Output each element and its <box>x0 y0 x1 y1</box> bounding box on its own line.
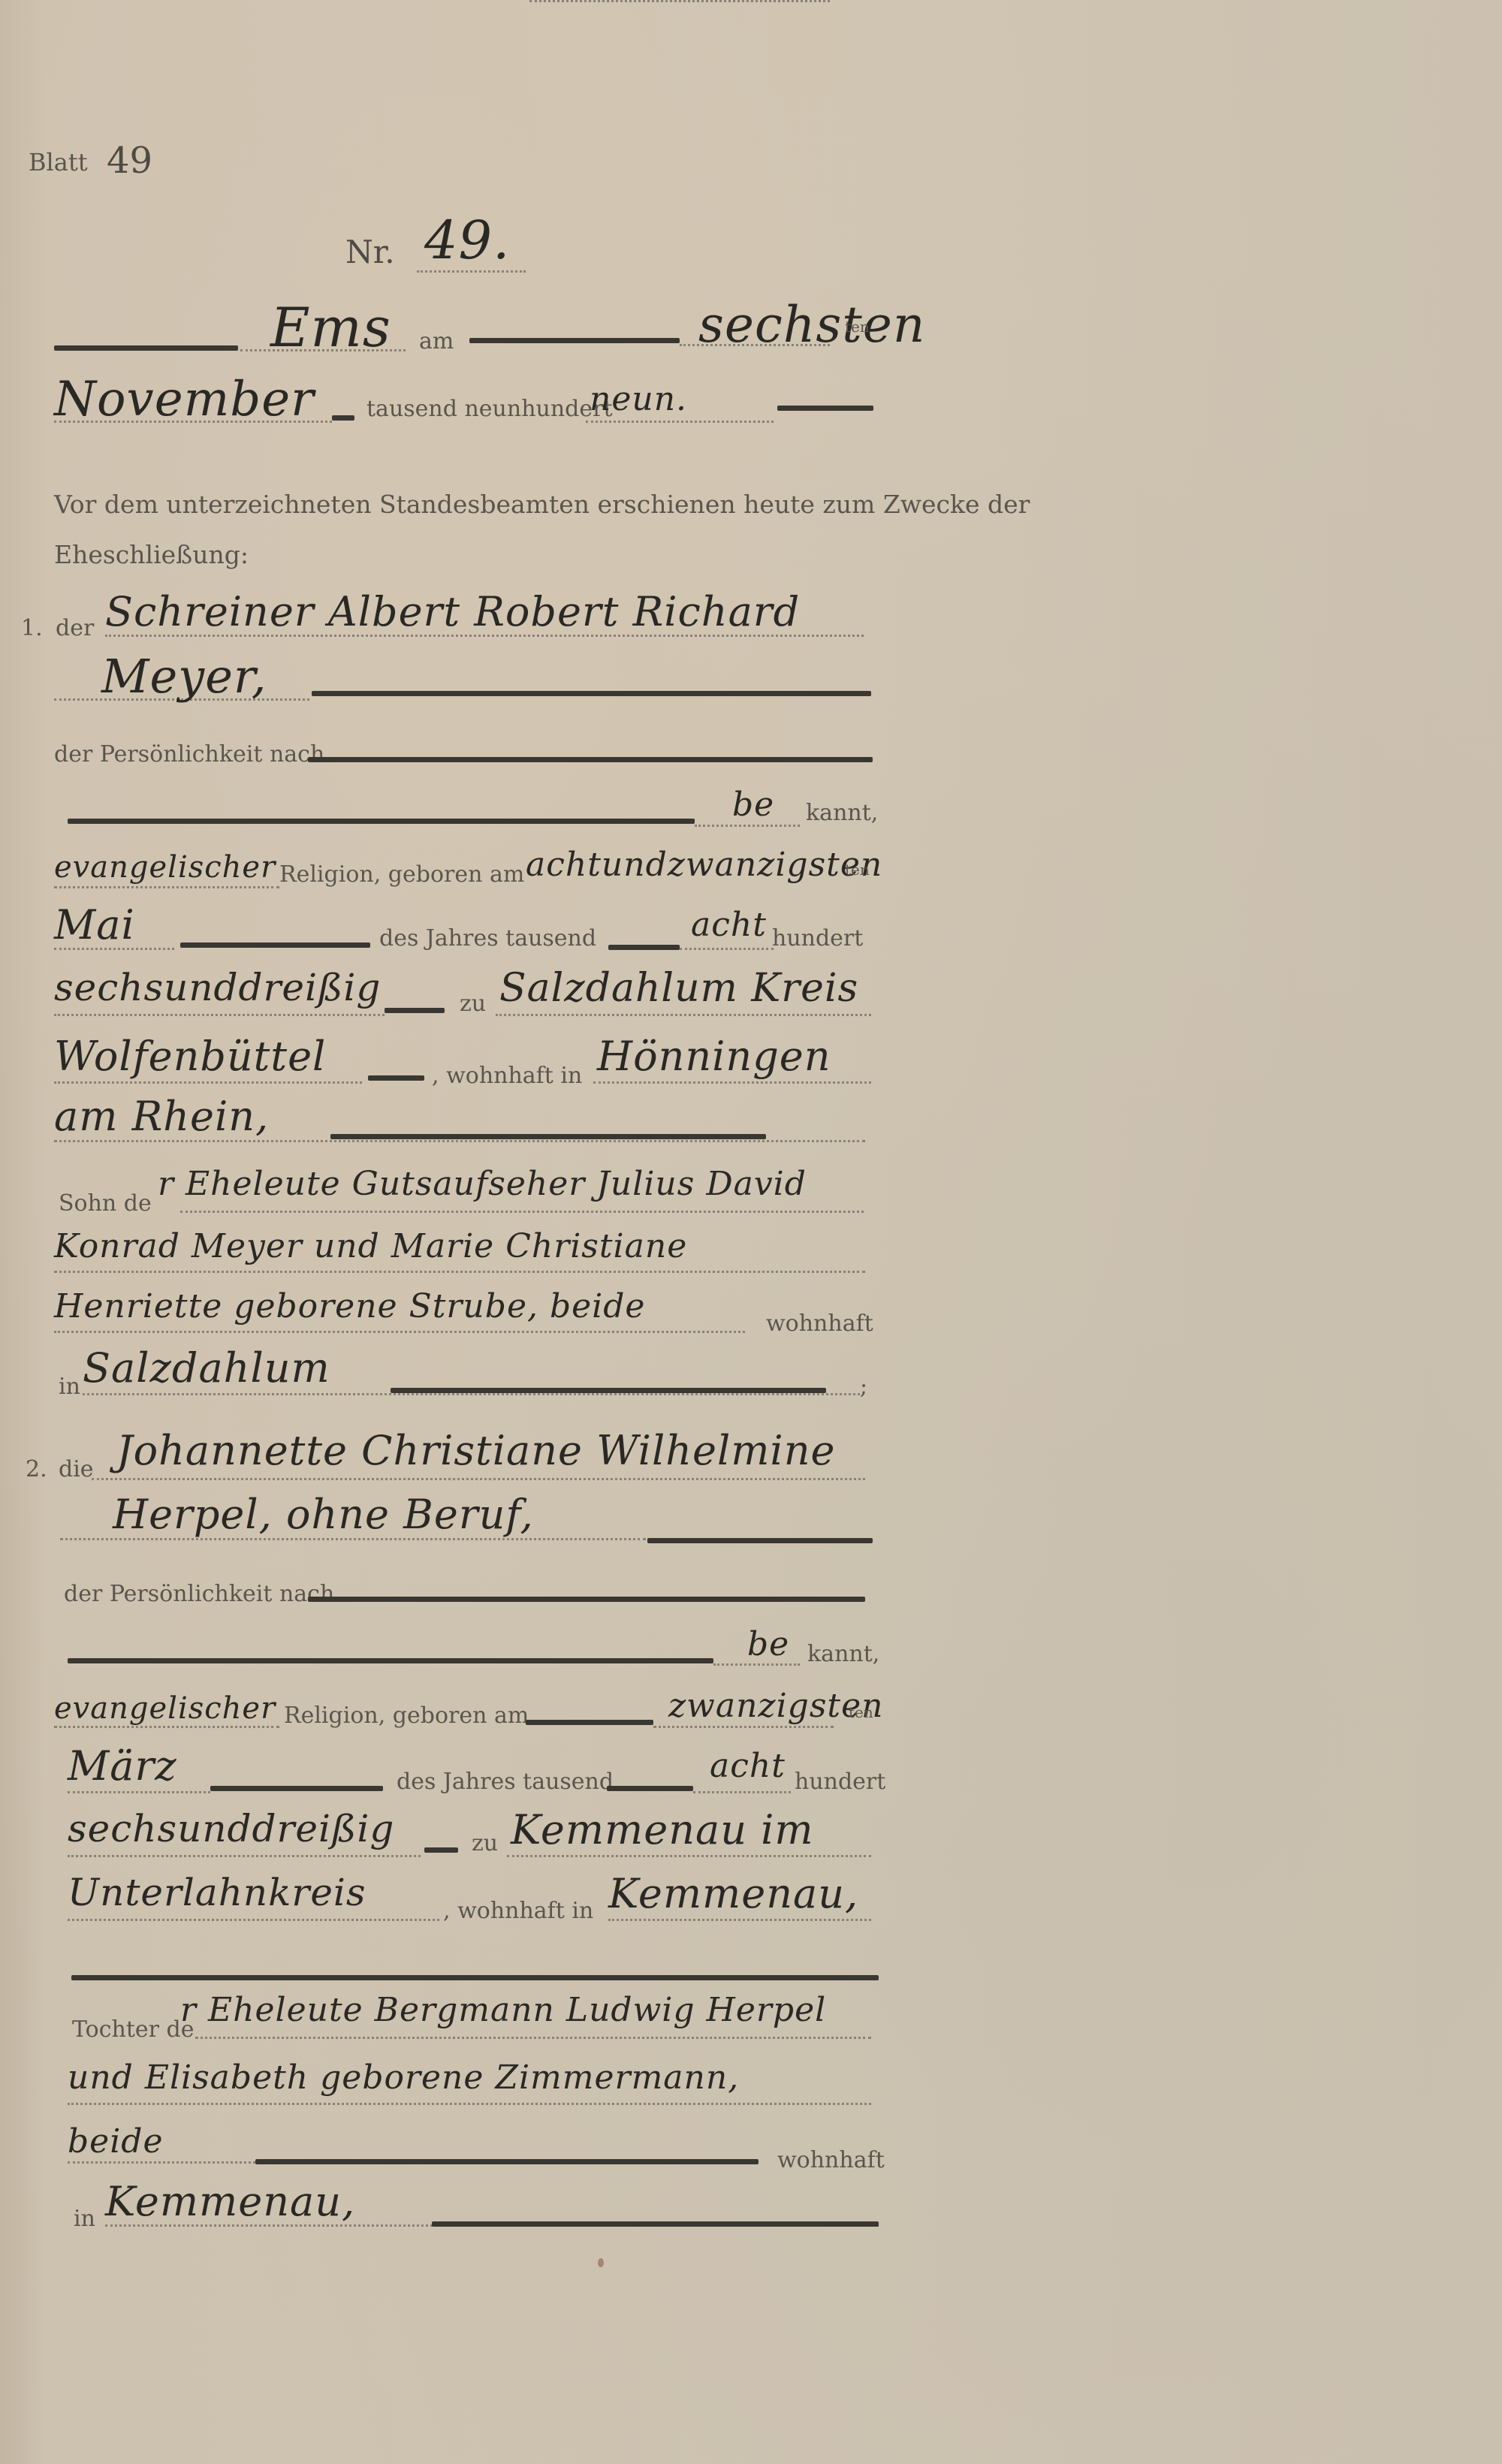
divider-bar <box>71 1975 879 1980</box>
groom-century: acht <box>691 909 767 942</box>
groom-article: der <box>56 617 94 640</box>
groom-birthplace-line1: Salzdahlum Kreis <box>499 969 858 1008</box>
groom-parents-line1: r Eheleute Gutsaufseher Julius David <box>158 1168 807 1201</box>
blatt-label: Blatt <box>29 150 88 174</box>
dotline <box>496 1014 871 1016</box>
groom-birth-month: Mai <box>54 905 135 945</box>
nr-label: Nr. <box>345 237 395 268</box>
groom-zu-label: zu <box>460 993 486 1015</box>
dotline <box>54 886 279 888</box>
dotline <box>608 1919 871 1921</box>
bride-birthplace-line1: Kemmenau im <box>511 1810 814 1850</box>
dotline <box>60 1538 646 1540</box>
dotline <box>593 1081 871 1084</box>
groom-hundert-label: hundert <box>772 927 863 950</box>
dotline <box>68 1919 439 1921</box>
groom-parents-residence-label: wohnhaft <box>766 1313 873 1335</box>
bride-residence-label: , wohnhaft in <box>443 1900 593 1923</box>
dotline <box>54 1014 385 1016</box>
tausend-label: tausend neunhundert <box>366 398 613 421</box>
groom-name-line2: Meyer, <box>101 653 267 700</box>
groom-residence-line1: Hönningen <box>597 1036 831 1077</box>
bride-hundert-label: hundert <box>795 1771 885 1793</box>
bride-year-words: sechsunddreißig <box>68 1810 394 1847</box>
bride-parents-line1: r Eheleute Bergmann Ludwig Herpel <box>180 1994 826 2027</box>
month-value: November <box>54 375 315 424</box>
groom-parents-line2: Konrad Meyer und Marie Christiane <box>54 1230 687 1263</box>
fill-bar <box>330 1134 766 1139</box>
bride-zu-label: zu <box>472 1832 498 1855</box>
fill-bar <box>308 757 873 762</box>
groom-parents-in-label: in <box>59 1376 80 1398</box>
dotline <box>586 421 774 423</box>
fill-bar <box>368 1075 424 1081</box>
dotline <box>68 1855 421 1857</box>
bride-parents-residence: Kemmenau, <box>105 2182 355 2222</box>
dotline <box>83 1393 860 1395</box>
fill-bar <box>210 1786 383 1791</box>
place-value: Ems <box>270 300 391 354</box>
fill-bar <box>308 1597 865 1602</box>
dotline <box>653 1726 834 1728</box>
groom-religion-label: Religion, geboren am <box>279 864 524 886</box>
bride-century: acht <box>710 1750 786 1783</box>
bride-number: 2. <box>26 1458 47 1481</box>
ink-stain <box>598 2258 604 2267</box>
fill-bar <box>312 691 871 696</box>
year-value: neun. <box>590 383 687 416</box>
groom-birthplace-line2: Wolfenbüttel <box>54 1036 326 1077</box>
bride-parents-residence-label: wohnhaft <box>777 2149 885 2172</box>
dotline <box>180 1211 864 1213</box>
groom-birth-day-suffix: ten <box>845 862 870 877</box>
groom-known-label: kannt, <box>806 802 878 825</box>
fill-bar <box>54 345 238 351</box>
day-suffix: ten <box>845 319 870 334</box>
groom-birth-day: achtundzwanzigsten <box>526 849 882 882</box>
groom-known-value: be <box>732 789 774 822</box>
groom-parents-line3: Henriette geborene Strube, beide <box>54 1290 645 1323</box>
fill-bar <box>607 1786 693 1791</box>
dotline <box>54 1271 865 1273</box>
bride-birth-day-suffix: ten <box>849 1705 873 1720</box>
fill-bar <box>647 1538 873 1543</box>
dotline <box>693 1791 791 1793</box>
fill-bar <box>180 942 370 948</box>
groom-parents-residence: Salzdahlum <box>83 1348 330 1389</box>
groom-identity-label: der Persönlichkeit nach <box>54 743 324 766</box>
bride-parents-line3: beide <box>68 2125 163 2158</box>
groom-end-mark: ; <box>860 1376 867 1398</box>
fill-bar <box>391 1388 826 1393</box>
dotline <box>695 825 800 827</box>
bride-name-line2: Herpel, ohne Beruf, <box>113 1494 534 1535</box>
bride-known-value: be <box>747 1628 789 1661</box>
bride-year-label: des Jahres tausend <box>397 1771 614 1793</box>
fill-bar <box>68 1658 713 1663</box>
groom-residence-label: , wohnhaft in <box>432 1065 582 1087</box>
dotline <box>529 0 830 2</box>
groom-residence-line2: am Rhein, <box>54 1096 269 1137</box>
groom-year-words: sechsunddreißig <box>54 969 381 1006</box>
intro-line2: Eheschließung: <box>54 542 249 567</box>
fill-bar <box>432 2221 879 2227</box>
bride-identity-label: der Persönlichkeit nach <box>64 1583 334 1606</box>
fill-bar <box>68 819 695 824</box>
bride-parents-line2: und Elisabeth geborene Zimmermann, <box>68 2061 739 2095</box>
bride-parents-in-label: in <box>74 2208 95 2230</box>
bride-religion-label: Religion, geboren am <box>284 1705 529 1727</box>
groom-name-line1: Schreiner Albert Robert Richard <box>105 592 800 632</box>
am-label: am <box>419 330 454 353</box>
blatt-number: 49 <box>107 143 152 179</box>
bride-residence: Kemmenau, <box>608 1874 858 1914</box>
bride-article: die <box>59 1458 94 1481</box>
fill-bar <box>526 1720 653 1725</box>
nr-value: 49. <box>424 214 510 267</box>
dotline <box>507 1855 871 1857</box>
dotline <box>68 1791 210 1793</box>
dotline <box>54 1081 362 1084</box>
fill-bar <box>469 338 680 343</box>
dotline <box>195 2037 871 2039</box>
bride-parents-label: Tochter de <box>72 2019 195 2041</box>
dotline <box>713 1663 800 1666</box>
dotline <box>92 1478 865 1480</box>
fill-bar <box>385 1008 445 1013</box>
groom-number: 1. <box>21 617 43 640</box>
dotline <box>68 2103 871 2105</box>
groom-parents-label: Sohn de <box>59 1193 152 1215</box>
bride-known-label: kannt, <box>807 1643 879 1666</box>
day-value: sechsten <box>698 300 925 350</box>
intro-line1: Vor dem unterzeichneten Standesbeamten e… <box>54 492 1030 517</box>
bride-birth-month: März <box>68 1746 177 1787</box>
bride-religion: evangelischer <box>54 1693 276 1724</box>
groom-year-label: des Jahres tausend <box>379 927 596 950</box>
fill-bar <box>255 2159 759 2164</box>
dotline <box>54 1331 745 1333</box>
dotline <box>54 1726 279 1728</box>
dotline <box>680 948 774 950</box>
fill-bar <box>777 406 873 411</box>
dotline <box>54 1140 865 1142</box>
bride-birthplace-line2: Unterlahnkreis <box>68 1874 366 1911</box>
groom-religion: evangelischer <box>54 852 276 882</box>
dotline <box>68 2161 255 2164</box>
fill-bar <box>608 945 680 950</box>
register-page: Blatt 49 Nr. 49. Ems am sechsten ten Nov… <box>0 0 1502 2464</box>
fill-bar <box>332 415 354 421</box>
fill-bar <box>424 1847 458 1853</box>
bride-name-line1: Johannette Christiane Wilhelmine <box>116 1431 835 1471</box>
